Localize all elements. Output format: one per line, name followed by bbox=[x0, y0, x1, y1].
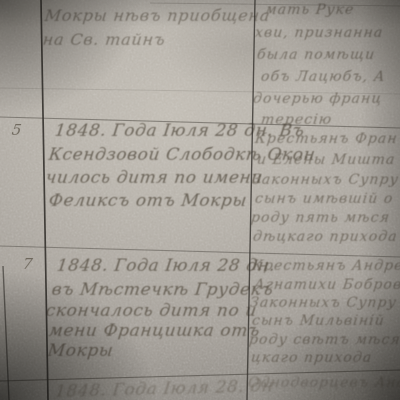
handwriting-line: хви, признанна bbox=[254, 25, 384, 41]
handwriting-line: роду свѣтъ мѣся bbox=[248, 332, 400, 348]
handwriting-line: сынъ имѣвшій о bbox=[254, 191, 394, 207]
handwriting-line: дѣцкаго прихода bbox=[252, 229, 399, 245]
handwriting-line: 1848. Года Іюля 28. дн bbox=[54, 376, 275, 400]
handwriting-line: цкаго прихода bbox=[250, 350, 373, 366]
handwriting-line: въ Мѣстечкѣ Грудекъ bbox=[51, 280, 275, 300]
handwriting-line: роду пять мѣся bbox=[250, 210, 391, 226]
handwriting-line: скончалось дитя по и bbox=[45, 301, 259, 321]
handwriting-line: Крестьянъ Андре bbox=[251, 258, 400, 274]
handwriting-line: сынъ Мильвіній bbox=[251, 313, 386, 329]
handwriting-line: Мокры bbox=[47, 341, 115, 361]
register-page-photo: Мокры нѣвъ приобщена на Св. тайнъ мать Р… bbox=[0, 0, 400, 400]
rule-vertical-left-edge bbox=[3, 266, 9, 400]
handwriting-line: объ Лацюбъ, А bbox=[260, 69, 387, 85]
handwriting-line: Крестьянъ Фран bbox=[254, 131, 399, 147]
handwriting-line: Законныхъ Супру bbox=[249, 295, 398, 311]
handwriting-line: Однодворцевъ Андр bbox=[247, 375, 400, 391]
handwriting-line: Феликсъ отъ Мокры bbox=[48, 191, 249, 211]
handwriting-line: мени Францишка отъ bbox=[48, 321, 262, 341]
handwriting-line: дочерью франц bbox=[252, 91, 383, 107]
margin-entry-number: 5 bbox=[11, 121, 23, 139]
handwriting-line: мать Руке bbox=[264, 2, 355, 18]
margin-entry-number: 7 bbox=[22, 255, 34, 273]
handwriting-line: 1848. Года Іюля 28 дн. bbox=[56, 256, 277, 276]
handwriting-line: и Елены Мишта bbox=[256, 152, 396, 168]
handwriting-line: чилось дитя по имени bbox=[45, 168, 265, 188]
handwriting-line: на Св. тайнъ bbox=[42, 30, 167, 49]
handwriting-line: Законныхъ Супру bbox=[251, 172, 400, 188]
handwriting-line: Агнатихи Бобров bbox=[253, 277, 400, 293]
handwriting-line: Мокры нѣвъ приобщена bbox=[44, 6, 272, 25]
handwriting-line: была помѣщи bbox=[256, 47, 376, 63]
